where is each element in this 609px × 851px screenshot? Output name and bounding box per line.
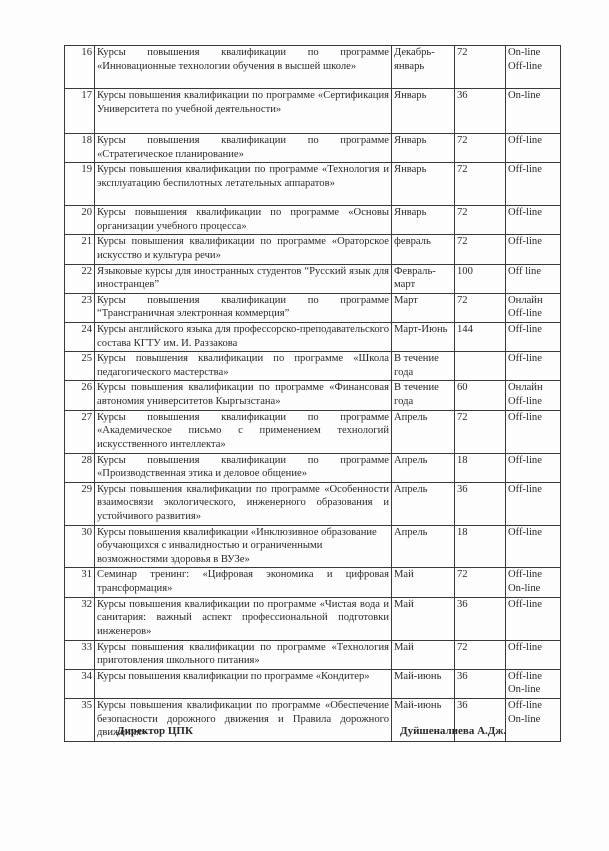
row-number: 27 [65,410,95,453]
course-period: Март-Июнь [392,322,455,351]
table-row: 29Курсы повышения квалификации по програ… [65,482,561,525]
row-number: 21 [65,235,95,264]
course-format: Off-lineOn-line [506,669,561,698]
table-row: 27Курсы повышения квалификации по програ… [65,410,561,453]
format-label: Off-line [508,352,558,366]
format-label: Онлайн [508,294,558,308]
course-description: Курсы повышения квалификации по программ… [95,640,392,669]
course-format: Off-line [506,453,561,482]
row-number: 34 [65,669,95,698]
course-description: Курсы повышения квалификации по программ… [95,206,392,235]
course-description: Семинар тренинг: «Цифровая экономика и ц… [95,568,392,597]
course-hours: 72 [455,46,506,89]
course-description: Курсы повышения квалификации по программ… [95,669,392,698]
row-number: 23 [65,293,95,322]
format-label: Off-line [508,307,558,321]
row-number: 18 [65,134,95,163]
course-description: Курсы повышения квалификации по программ… [95,381,392,410]
course-description: Курсы повышения квалификации по программ… [95,410,392,453]
format-label: Off-line [508,235,558,249]
course-period: Январь [392,89,455,134]
course-format: Off-lineOn-line [506,568,561,597]
course-hours: 72 [455,235,506,264]
table-row: 21Курсы повышения квалификации по програ… [65,235,561,264]
course-hours: 18 [455,525,506,568]
course-hours: 144 [455,322,506,351]
table-row: 24Курсы английского языка для профессорс… [65,322,561,351]
course-description: Курсы повышения квалификации по программ… [95,134,392,163]
table-row: 22Языковые курсы для иностранных студент… [65,264,561,293]
course-period: Май [392,597,455,640]
course-hours [455,352,506,381]
course-format: Off-line [506,482,561,525]
course-hours: 72 [455,206,506,235]
table-row: 26Курсы повышения квалификации по програ… [65,381,561,410]
course-hours: 36 [455,89,506,134]
courses-table: 16Курсы повышения квалификации по програ… [64,45,561,742]
course-period: В течение года [392,352,455,381]
table-row: 34Курсы повышения квалификации по програ… [65,669,561,698]
row-number: 32 [65,597,95,640]
course-hours: 36 [455,669,506,698]
table-row: 30Курсы повышения квалификации «Инклюзив… [65,525,561,568]
row-number: 20 [65,206,95,235]
course-period: Март [392,293,455,322]
table-row: 19Курсы повышения квалификации по програ… [65,163,561,206]
format-label: Off-line [508,454,558,468]
row-number: 25 [65,352,95,381]
course-hours: 72 [455,293,506,322]
row-number: 31 [65,568,95,597]
course-description: Курсы повышения квалификации по программ… [95,597,392,640]
course-format: Off-line [506,163,561,206]
course-hours: 72 [455,163,506,206]
course-format: ОнлайнOff-line [506,293,561,322]
format-label: Off-line [508,323,558,337]
course-format: Off-line [506,235,561,264]
course-period: Апрель [392,525,455,568]
course-format: On-lineOff-line [506,46,561,89]
row-number: 26 [65,381,95,410]
format-label: On-line [508,683,558,697]
signature-block: Директор ЦПК Дуйшеналиева А.Дж. [0,723,609,743]
course-format: Off-line [506,525,561,568]
course-format: ОнлайнOff-line [506,381,561,410]
table-row: 31Семинар тренинг: «Цифровая экономика и… [65,568,561,597]
course-hours: 36 [455,597,506,640]
course-description: Курсы повышения квалификации по программ… [95,453,392,482]
course-format: Off-line [506,352,561,381]
course-hours: 18 [455,453,506,482]
course-period: Май [392,568,455,597]
signatory-position: Директор ЦПК [117,725,193,737]
course-format: Off-line [506,410,561,453]
table-row: 16Курсы повышения квалификации по програ… [65,46,561,89]
course-format: On-line [506,89,561,134]
format-label: On-line [508,582,558,596]
table-row: 23Курсы повышения квалификации по програ… [65,293,561,322]
course-period: Февраль-март [392,264,455,293]
row-number: 24 [65,322,95,351]
course-description: Курсы повышения квалификации по программ… [95,235,392,264]
document-page: 16Курсы повышения квалификации по програ… [0,0,609,851]
table-row: 33Курсы повышения квалификации по програ… [65,640,561,669]
course-format: Off-line [506,597,561,640]
course-description: Курсы повышения квалификации по программ… [95,89,392,134]
course-hours: 72 [455,568,506,597]
table-row: 17Курсы повышения квалификации по програ… [65,89,561,134]
course-hours: 100 [455,264,506,293]
course-format: Off line [506,264,561,293]
course-period: Январь [392,206,455,235]
course-description: Курсы повышения квалификации по программ… [95,352,392,381]
course-description: Курсы английского языка для профессорско… [95,322,392,351]
table-row: 28Курсы повышения квалификации по програ… [65,453,561,482]
table-row: 32Курсы повышения квалификации по програ… [65,597,561,640]
course-period: В течение года [392,381,455,410]
format-label: Off-line [508,206,558,220]
course-hours: 72 [455,134,506,163]
row-number: 17 [65,89,95,134]
format-label: Off-line [508,134,558,148]
row-number: 19 [65,163,95,206]
course-format: Off-line [506,134,561,163]
course-period: Декабрь-январь [392,46,455,89]
format-label: Off-line [508,699,558,713]
course-description: Курсы повышения квалификации по программ… [95,293,392,322]
format-label: Off-line [508,568,558,582]
course-period: Январь [392,163,455,206]
row-number: 33 [65,640,95,669]
format-label: Off-line [508,483,558,497]
course-description: Курсы повышения квалификации по программ… [95,163,392,206]
row-number: 16 [65,46,95,89]
row-number: 30 [65,525,95,568]
course-format: Off-line [506,206,561,235]
row-number: 29 [65,482,95,525]
format-label: Off-line [508,670,558,684]
course-period: Май [392,640,455,669]
row-number: 28 [65,453,95,482]
format-label: Off-line [508,163,558,177]
course-period: февраль [392,235,455,264]
course-period: Апрель [392,453,455,482]
format-label: Off-line [508,641,558,655]
course-period: Апрель [392,410,455,453]
course-hours: 72 [455,640,506,669]
course-period: Апрель [392,482,455,525]
course-description: Языковые курсы для иностранных студентов… [95,264,392,293]
course-format: Off-line [506,640,561,669]
course-description: Курсы повышения квалификации по программ… [95,482,392,525]
format-label: Off line [508,265,558,279]
course-format: Off-line [506,322,561,351]
format-label: Off-line [508,598,558,612]
courses-table-body: 16Курсы повышения квалификации по програ… [65,46,561,742]
course-description: Курсы повышения квалификации «Инклюзивно… [95,525,392,568]
course-period: Май-июнь [392,669,455,698]
course-hours: 36 [455,482,506,525]
format-label: Онлайн [508,381,558,395]
table-row: 18Курсы повышения квалификации по програ… [65,134,561,163]
table-row: 25Курсы повышения квалификации по програ… [65,352,561,381]
format-label: Off-line [508,395,558,409]
format-label: Off-line [508,526,558,540]
format-label: Off-line [508,60,558,74]
course-hours: 72 [455,410,506,453]
format-label: On-line [508,89,558,103]
course-description: Курсы повышения квалификации по программ… [95,46,392,89]
format-label: Off-line [508,411,558,425]
table-row: 20Курсы повышения квалификации по програ… [65,206,561,235]
format-label: On-line [508,46,558,60]
course-period: Январь [392,134,455,163]
row-number: 22 [65,264,95,293]
course-hours: 60 [455,381,506,410]
signatory-name: Дуйшеналиева А.Дж. [400,725,506,737]
